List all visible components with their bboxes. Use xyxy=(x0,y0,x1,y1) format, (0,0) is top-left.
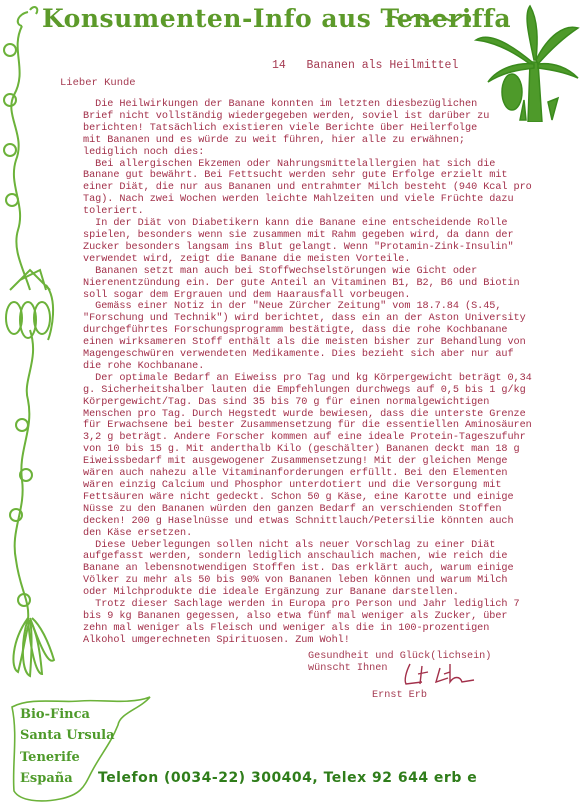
body-line: aufgefasst werden, sondern lediglich ans… xyxy=(83,551,533,563)
body-line: soll sogar dem Ergrauen und dem Haarausf… xyxy=(83,290,533,302)
body-line: Banane gut bewährt. Bei Fettsucht werden… xyxy=(83,170,533,182)
body-line: Völker zu mehr als 50 bis 90% von Banane… xyxy=(83,575,533,587)
body-line: Alkohol umgerechneten Spirituosen. Zum W… xyxy=(83,635,533,647)
body-line: Brief nicht vollständig wiedergegeben we… xyxy=(83,111,533,123)
body-line: Banane an lebensnotwendigen Stoffen ist.… xyxy=(83,563,533,575)
address-line: Bio-Finca xyxy=(20,707,90,722)
body-line: Der optimale Bedarf an Eiweiss pro Tag u… xyxy=(83,373,533,385)
body-line: Die Heilwirkungen der Banane konnten im … xyxy=(83,99,533,111)
address-line: España xyxy=(20,771,73,786)
body-line: Eiweissbedarf mit ausgewogener Zusammens… xyxy=(83,456,533,468)
body-line: Gemäss einer Notiz in der "Neue Zürcher … xyxy=(83,301,533,313)
greeting: Lieber Kunde xyxy=(60,77,136,89)
body-line: wären auch nahezu alle Vitaminanforderun… xyxy=(83,468,533,480)
body-line: zehn mal weniger als Fleisch und weniger… xyxy=(83,623,533,635)
vine-border-decoration xyxy=(0,0,60,700)
body-line: für Erwachsene bei bester Zusammensetzun… xyxy=(83,420,533,432)
body-line: berichten! Tatsächlich existieren viele … xyxy=(83,123,533,135)
address-line: Tenerife xyxy=(20,750,80,765)
body-line: In der Diät von Diabetikern kann die Ban… xyxy=(83,218,533,230)
body-line: "Forschung und Technik") wird berichtet,… xyxy=(83,313,533,325)
body-line: Menschen pro Tag. Durch Hegstedt wurde b… xyxy=(83,409,533,421)
body-line: Magengeschwüren verwendeten Medikamente.… xyxy=(83,349,533,361)
body-line: g. Sicherheitshalber lauten die Empfehlu… xyxy=(83,385,533,397)
letter-body: Die Heilwirkungen der Banane konnten im … xyxy=(83,99,533,647)
subject-title: Bananen als Heilmittel xyxy=(307,59,459,72)
body-line: durchgeführtes Forschungsprogramm bestät… xyxy=(83,325,533,337)
body-line: einer Diät, die nur aus Bananen und entr… xyxy=(83,182,533,194)
body-line: Zucker besonders langsam ins Blut gelang… xyxy=(83,242,533,254)
body-line: Nierenentzündung ein. Der gute Anteil an… xyxy=(83,278,533,290)
body-line: Fettsäuren wäre nicht gedeckt. Schon 50 … xyxy=(83,492,533,504)
handwritten-signature xyxy=(400,660,480,688)
body-line: Trotz dieser Sachlage werden in Europa p… xyxy=(83,599,533,611)
body-line: mit Bananen und es würde zu weit führen,… xyxy=(83,135,533,147)
body-line: Diese Ueberlegungen sollen nicht als neu… xyxy=(83,540,533,552)
body-line: die rohe Kochbanane. xyxy=(83,361,533,373)
body-line: den Käse ersetzen. xyxy=(83,528,533,540)
body-line: bis 9 kg Bananen gegessen, also etwa fün… xyxy=(83,611,533,623)
body-line: decken! 200 g Haselnüsse und etwas Schni… xyxy=(83,516,533,528)
body-line: Körpergewicht/Tag. Das sind 35 bis 70 g … xyxy=(83,397,533,409)
vine-flourish-decoration xyxy=(385,6,475,32)
body-line: lediglich noch dies: xyxy=(83,147,533,159)
body-line: von 10 bis 15 g. Mit anderthalb Kilo (ge… xyxy=(83,444,533,456)
body-line: spielen, besonders wenn sie zusammen mit… xyxy=(83,230,533,242)
body-line: verwendet wird, zeigt die Banane die mei… xyxy=(83,254,533,266)
letter-subject: 14 Bananen als Heilmittel xyxy=(272,59,458,72)
body-line: oder Milchprodukte die ideale Ergänzung … xyxy=(83,587,533,599)
body-line: Bei allergischen Ekzemen oder Nahrungsmi… xyxy=(83,159,533,171)
body-line: Bananen setzt man auch bei Stoffwechsels… xyxy=(83,266,533,278)
address-line: Santa Ursula xyxy=(20,728,115,743)
body-line: toleriert. xyxy=(83,206,533,218)
contact-info: Telefon (0034-22) 300404, Telex 92 644 e… xyxy=(98,770,477,786)
body-line: Tag). Nach zwei Wochen werden leichte Ma… xyxy=(83,194,533,206)
signature-name: Ernst Erb xyxy=(372,690,427,701)
body-line: Nüsse zu den Bananen würden den ganzen B… xyxy=(83,504,533,516)
issue-number: 14 xyxy=(272,59,286,72)
body-line: wären einzig Calcium und Phosphor unterd… xyxy=(83,480,533,492)
body-line: 3,2 g beträgt. Andere Forscher kommen au… xyxy=(83,432,533,444)
body-line: einen wirksameren Stoff enthält als die … xyxy=(83,337,533,349)
